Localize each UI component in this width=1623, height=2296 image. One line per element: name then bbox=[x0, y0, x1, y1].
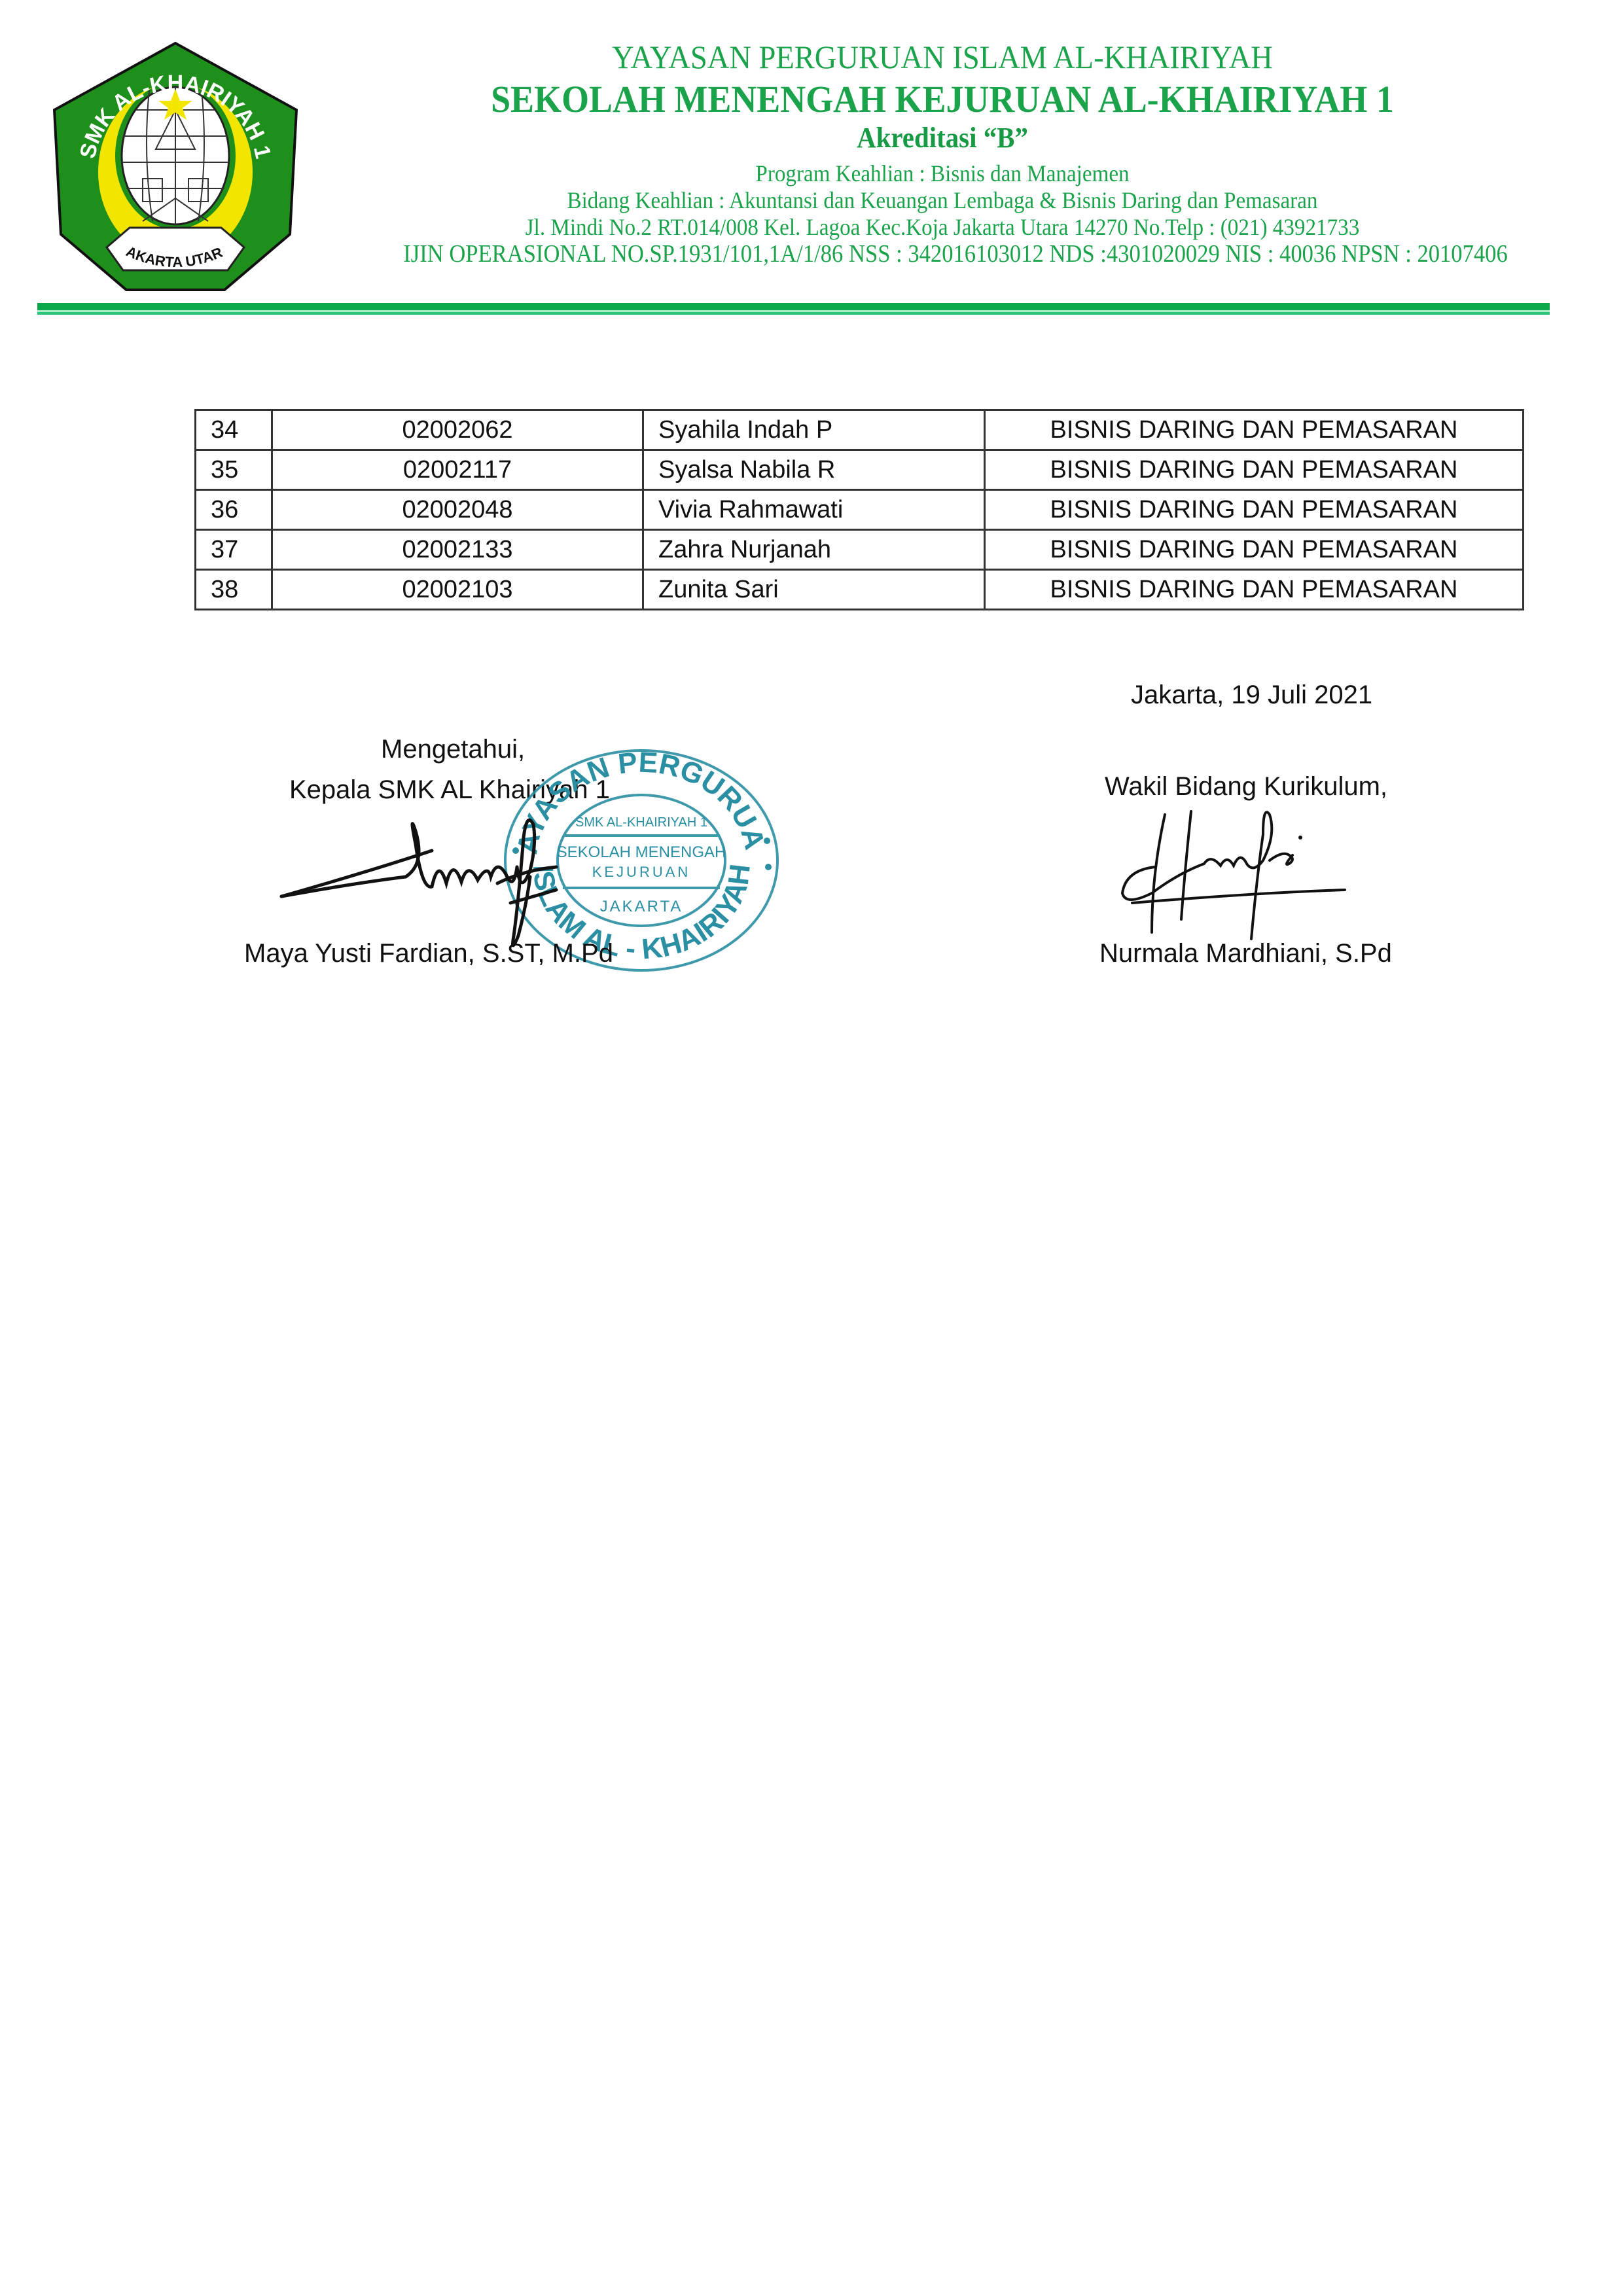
student-name: Vivia Rahmawati bbox=[643, 490, 985, 530]
row-number: 36 bbox=[196, 490, 272, 530]
row-number: 38 bbox=[196, 570, 272, 610]
student-name: Zahra Nurjanah bbox=[643, 530, 985, 570]
student-nis: 02002117 bbox=[272, 450, 643, 490]
student-nis: 02002048 bbox=[272, 490, 643, 530]
row-number: 37 bbox=[196, 530, 272, 570]
address-line: Jl. Mindi No.2 RT.014/008 Kel. Lagoa Kec… bbox=[365, 213, 1520, 241]
student-nis: 02002062 bbox=[272, 410, 643, 450]
vice-title: Wakil Bidang Kurikulum, bbox=[1105, 772, 1387, 802]
student-program: BISNIS DARING DAN PEMASARAN bbox=[985, 450, 1524, 490]
table-row: 3602002048Vivia RahmawatiBISNIS DARING D… bbox=[196, 490, 1524, 530]
student-nis: 02002133 bbox=[272, 530, 643, 570]
school-name: SEKOLAH MENENGAH KEJURUAN AL-KHAIRIYAH 1 bbox=[358, 77, 1527, 121]
vice-signature bbox=[1106, 808, 1368, 945]
vice-name: Nurmala Mardhiani, S.Pd bbox=[1099, 939, 1392, 968]
principal-name: Maya Yusti Fardian, S.ST, M.Pd bbox=[244, 939, 613, 968]
row-number: 35 bbox=[196, 450, 272, 490]
table-row: 3502002117Syalsa Nabila RBISNIS DARING D… bbox=[196, 450, 1524, 490]
student-program: BISNIS DARING DAN PEMASARAN bbox=[985, 410, 1524, 450]
table-row: 3702002133Zahra NurjanahBISNIS DARING DA… bbox=[196, 530, 1524, 570]
student-table: 3402002062Syahila Indah PBISNIS DARING D… bbox=[194, 409, 1524, 610]
table-row: 3402002062Syahila Indah PBISNIS DARING D… bbox=[196, 410, 1524, 450]
row-number: 34 bbox=[196, 410, 272, 450]
place-date: Jakarta, 19 Juli 2021 bbox=[1131, 680, 1372, 710]
table-row: 3802002103Zunita SariBISNIS DARING DAN P… bbox=[196, 570, 1524, 610]
foundation-name: YAYASAN PERGURUAN ISLAM AL-KHAIRIYAH bbox=[358, 38, 1527, 76]
student-program: BISNIS DARING DAN PEMASARAN bbox=[985, 490, 1524, 530]
student-nis: 02002103 bbox=[272, 570, 643, 610]
student-name: Syahila Indah P bbox=[643, 410, 985, 450]
student-name: Syalsa Nabila R bbox=[643, 450, 985, 490]
student-program: BISNIS DARING DAN PEMASARAN bbox=[985, 570, 1524, 610]
header-divider bbox=[37, 303, 1550, 310]
student-program: BISNIS DARING DAN PEMASARAN bbox=[985, 530, 1524, 570]
school-crest-icon: SMK AL-KHAIRIYAH 1 JAKARTA UTARA bbox=[45, 38, 306, 293]
student-name: Zunita Sari bbox=[643, 570, 985, 610]
permit-line: IJIN OPERASIONAL NO.SP.1931/101,1A/1/86 … bbox=[383, 239, 1527, 268]
principal-signature bbox=[275, 805, 615, 962]
accreditation: Akreditasi “B” bbox=[358, 121, 1527, 154]
header-divider-thin bbox=[37, 312, 1550, 315]
program-line: Program Keahlian : Bisnis dan Manajemen bbox=[365, 160, 1520, 187]
field-line: Bidang Keahlian : Akuntansi dan Keuangan… bbox=[365, 186, 1520, 214]
